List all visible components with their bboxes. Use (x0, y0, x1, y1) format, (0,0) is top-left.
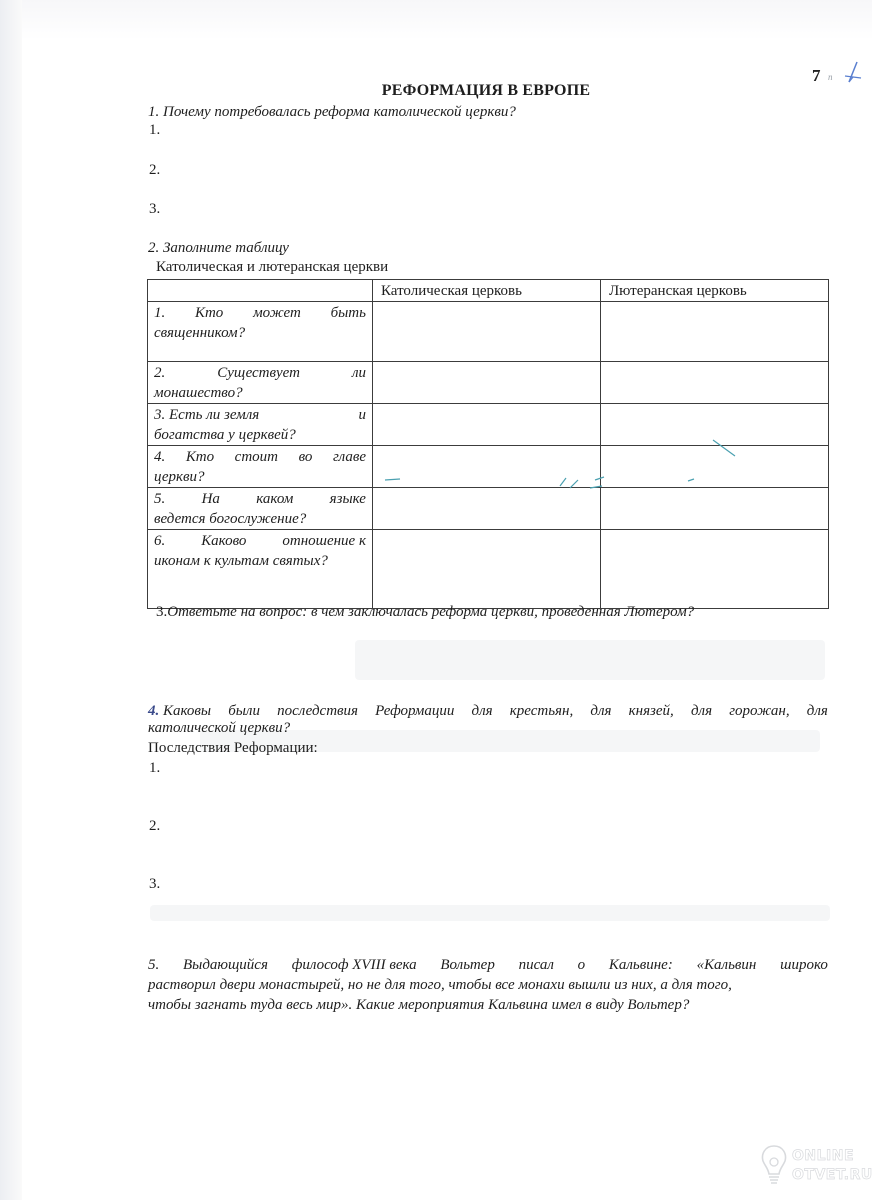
row-question: 4. Кто стоит во главе церкви? (148, 446, 373, 488)
question-4-answer-2[interactable]: 2. (149, 818, 160, 835)
worksheet-title: РЕФОРМАЦИЯ В ЕВРОПЕ (0, 82, 872, 100)
lightbulb-icon (760, 1144, 788, 1188)
table-title: Католическая и лютеранская церкви (156, 259, 388, 276)
question-4-prompt: 4. Каковы были последствия Реформации дл… (148, 703, 828, 737)
scan-edge-shadow (0, 0, 22, 1200)
lutheran-answer-cell[interactable] (601, 302, 829, 362)
watermark: ONLINE OTVET.RU (758, 1142, 868, 1192)
question-1-answer-2[interactable]: 2. (149, 162, 160, 179)
table-row: 2. Существует ли монашество? (148, 362, 829, 404)
catholic-answer-cell[interactable] (373, 530, 601, 609)
question-4-answer-3[interactable]: 3. (149, 876, 160, 893)
question-4-answer-1[interactable]: 1. (149, 760, 160, 777)
table-row: 1. Кто может быть священником? (148, 302, 829, 362)
catholic-answer-cell[interactable] (373, 302, 601, 362)
question-1-answer-3[interactable]: 3. (149, 201, 160, 218)
question-5-prompt: 5. Выдающийся философ XVIII века Вольтер… (148, 955, 828, 1015)
lutheran-answer-cell[interactable] (601, 362, 829, 404)
row-question: 1. Кто может быть священником? (148, 302, 373, 362)
question-1-answer-1[interactable]: 1. (149, 122, 160, 139)
watermark-line-1: ONLINE (792, 1148, 854, 1164)
row-question: 5. На каком языке ведется богослужение? (148, 488, 373, 530)
question-1-prompt: 1. Почему потребовалась реформа католиче… (148, 104, 516, 121)
question-3-answer-area[interactable] (156, 625, 826, 695)
question-2-prompt: 2. Заполните таблицу (148, 240, 289, 257)
pen-marks (370, 430, 790, 500)
header-lutheran: Лютеранская церковь (601, 280, 829, 302)
question-4-subheading: Последствия Реформации: (148, 740, 318, 757)
lutheran-answer-cell[interactable] (601, 530, 829, 609)
scan-smudge (150, 905, 830, 921)
table-row: 6. Каково отношение к иконам к культам с… (148, 530, 829, 609)
header-catholic: Католическая церковь (373, 280, 601, 302)
header-empty (148, 280, 373, 302)
table-header-row: Католическая церковь Лютеранская церковь (148, 280, 829, 302)
row-question: 6. Каково отношение к иконам к культам с… (148, 530, 373, 609)
catholic-answer-cell[interactable] (373, 362, 601, 404)
row-question: 3. Есть ли земля и богатства у церквей? (148, 404, 373, 446)
question-5-answer-area[interactable] (148, 1020, 828, 1120)
watermark-line-2: OTVET.RU (792, 1167, 872, 1183)
row-question: 2. Существует ли монашество? (148, 362, 373, 404)
question-3-prompt: 3.Ответьте на вопрос: в чем заключалась … (156, 604, 694, 621)
page-number-mark: п (828, 72, 833, 82)
worksheet-page: 7 п РЕФОРМАЦИЯ В ЕВРОПЕ 1. Почему потреб… (0, 0, 872, 1200)
